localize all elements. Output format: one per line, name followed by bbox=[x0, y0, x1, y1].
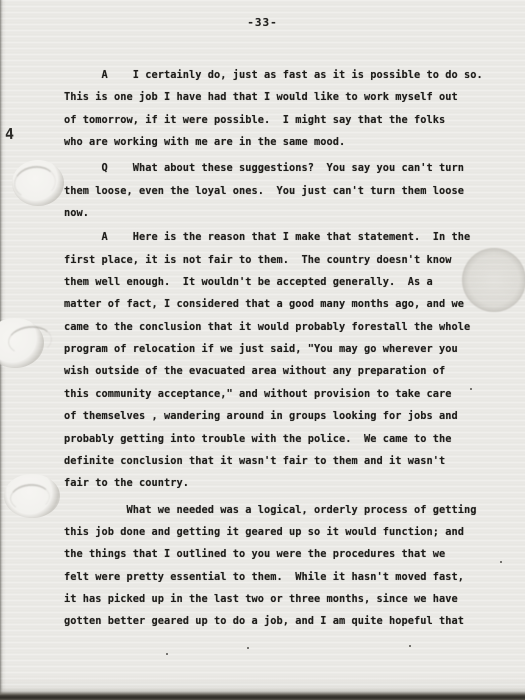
text-line: them loose, even the loyal ones. You jus… bbox=[64, 180, 484, 202]
paragraph: A I certainly do, just as fast as it is … bbox=[64, 64, 484, 153]
text-line: definite conclusion that it wasn't fair … bbox=[64, 450, 484, 472]
text-line: matter of fact, I considered that a good… bbox=[64, 293, 484, 315]
text-line: came to the conclusion that it would pro… bbox=[64, 316, 484, 338]
scan-speck bbox=[305, 575, 307, 577]
scan-speck bbox=[166, 653, 168, 655]
text-line: A Here is the reason that I make that st… bbox=[64, 226, 484, 248]
text-line: What we needed was a logical, orderly pr… bbox=[64, 499, 484, 521]
text-line: now. bbox=[64, 202, 484, 224]
text-line: felt were pretty essential to them. Whil… bbox=[64, 566, 484, 588]
text-line: gotten better geared up to do a job, and… bbox=[64, 610, 484, 632]
text-line: who are working with me are in the same … bbox=[64, 131, 484, 153]
page-bottom-edge bbox=[0, 688, 525, 700]
paragraph: A Here is the reason that I make that st… bbox=[64, 226, 484, 494]
text-line: program of relocation if we just said, "… bbox=[64, 338, 484, 360]
text-line: this community acceptance," and without … bbox=[64, 383, 484, 405]
scan-speck bbox=[409, 645, 411, 647]
text-line: fair to the country. bbox=[64, 472, 484, 494]
text-line: A I certainly do, just as fast as it is … bbox=[64, 64, 484, 86]
text-line: it has picked up in the last two or thre… bbox=[64, 588, 484, 610]
paragraph: Q What about these suggestions? You say … bbox=[64, 157, 484, 224]
text-line: wish outside of the evacuated area witho… bbox=[64, 360, 484, 382]
page-number: -33- bbox=[0, 16, 525, 29]
text-line: of themselves , wandering around in grou… bbox=[64, 405, 484, 427]
document-page: -33- 4 A I certainly do, just as fast as… bbox=[0, 0, 525, 700]
handwritten-margin-note: 4 bbox=[5, 125, 15, 143]
text-line: of tomorrow, if it were possible. I migh… bbox=[64, 109, 484, 131]
scan-speck bbox=[247, 647, 249, 649]
scan-speck bbox=[500, 561, 502, 563]
text-line: first place, it is not fair to them. The… bbox=[64, 249, 484, 271]
text-line: probably getting into trouble with the p… bbox=[64, 428, 484, 450]
transcript-body: A I certainly do, just as fast as it is … bbox=[64, 64, 484, 633]
text-line: This is one job I have had that I would … bbox=[64, 86, 484, 108]
text-line: them well enough. It wouldn't be accepte… bbox=[64, 271, 484, 293]
text-line: this job done and getting it geared up s… bbox=[64, 521, 484, 543]
scan-speck bbox=[470, 388, 472, 390]
text-line: the things that I outlined to you were t… bbox=[64, 543, 484, 565]
paragraph: What we needed was a logical, orderly pr… bbox=[64, 499, 484, 633]
text-line: Q What about these suggestions? You say … bbox=[64, 157, 484, 179]
